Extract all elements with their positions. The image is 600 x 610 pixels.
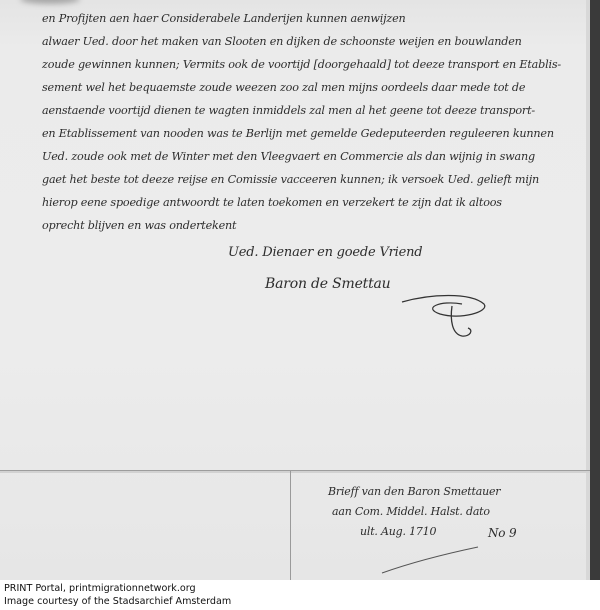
- endorsement-number: No 9: [488, 526, 516, 540]
- endorsement-line: aan Com. Middel. Halst. dato: [332, 505, 490, 518]
- image-caption: PRINT Portal, printmigrationnetwork.org …: [4, 583, 231, 608]
- letter-line: alwaer Ued. door het maken van Slooten e…: [42, 35, 522, 48]
- letter-line: Ued. zoude ook met de Winter met den Vle…: [42, 150, 535, 163]
- letter-line: en Profijten aen haer Considerabele Land…: [42, 12, 406, 25]
- closing-salutation: Ued. Dienaer en goede Vriend: [228, 245, 422, 260]
- scan-border: [590, 0, 600, 580]
- letter-line: oprecht blijven en was ondertekent: [42, 219, 236, 232]
- caption-source: PRINT Portal, printmigrationnetwork.org: [4, 583, 231, 596]
- fold-line-vertical: [290, 471, 291, 580]
- endorsement-date: ult. Aug. 1710: [360, 525, 436, 538]
- fold-line-horizontal: [0, 470, 590, 471]
- endorsement-line: Brieff van den Baron Smettauer: [328, 485, 500, 498]
- caption-courtesy: Image courtesy of the Stadsarchief Amste…: [4, 596, 231, 609]
- letter-line: sement wel het bequaemste zoude weezen z…: [42, 81, 525, 94]
- letter-line: zoude gewinnen kunnen; Vermits ook de vo…: [42, 58, 561, 71]
- signature: Baron de Smettau: [265, 276, 391, 292]
- underline-stroke-icon: [380, 545, 480, 575]
- signature-flourish-icon: [400, 290, 490, 340]
- letter-line: hierop eene spoedige antwoordt te laten …: [42, 196, 502, 209]
- document-scan: en Profijten aen haer Considerabele Land…: [0, 0, 600, 580]
- letter-line: gaet het beste tot deeze reijse en Comis…: [42, 173, 539, 186]
- letter-line: aenstaende voortijd dienen te wagten inm…: [42, 104, 535, 117]
- letter-line: en Etablissement van nooden was te Berli…: [42, 127, 554, 140]
- fold-shadow: [0, 471, 590, 473]
